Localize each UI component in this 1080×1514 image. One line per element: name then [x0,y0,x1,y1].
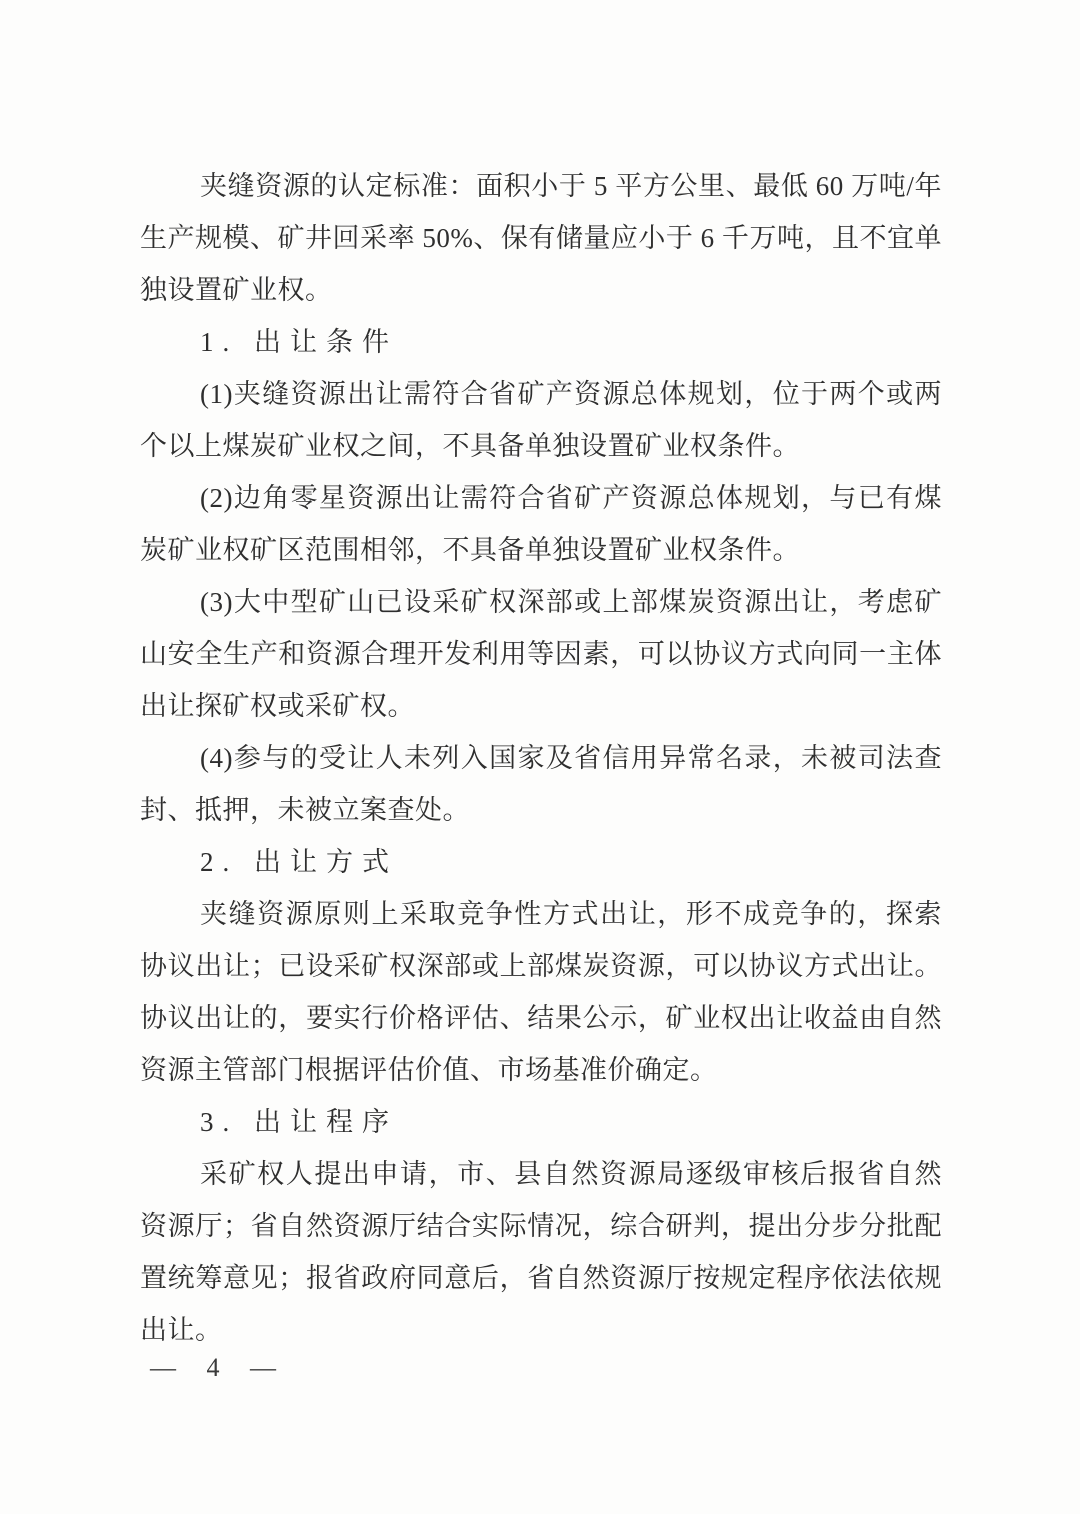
paragraph-gap-resource-criteria: 夹缝资源的认定标准：面积小于 5 平方公里、最低 60 万吨/年生产规模、矿井回… [140,160,942,316]
clause-1-gap-resources: (1)夹缝资源出让需符合省矿产资源总体规划，位于两个或两个以上煤炭矿业权之间，不… [140,368,942,472]
paragraph-transfer-procedure: 采矿权人提出申请，市、县自然资源局逐级审核后报省自然资源厅；省自然资源厅结合实际… [140,1148,942,1356]
heading-transfer-conditions: 1. 出让条件 [140,316,942,368]
clause-2-edge-scattered-resources: (2)边角零星资源出让需符合省矿产资源总体规划，与已有煤炭矿业权矿区范围相邻，不… [140,472,942,576]
document-page: 夹缝资源的认定标准：面积小于 5 平方公里、最低 60 万吨/年生产规模、矿井回… [0,0,1080,1514]
heading-transfer-method: 2. 出让方式 [140,836,942,888]
heading-transfer-procedure: 3. 出让程序 [140,1096,942,1148]
page-number: — 4 — [150,1348,288,1388]
clause-4-transferee-credit: (4)参与的受让人未列入国家及省信用异常名录，未被司法查封、抵押，未被立案查处。 [140,732,942,836]
clause-3-large-medium-mines: (3)大中型矿山已设采矿权深部或上部煤炭资源出让，考虑矿山安全生产和资源合理开发… [140,576,942,732]
paragraph-transfer-method: 夹缝资源原则上采取竞争性方式出让，形不成竞争的，探索协议出让；已设采矿权深部或上… [140,888,942,1096]
document-body: 夹缝资源的认定标准：面积小于 5 平方公里、最低 60 万吨/年生产规模、矿井回… [140,160,942,1356]
